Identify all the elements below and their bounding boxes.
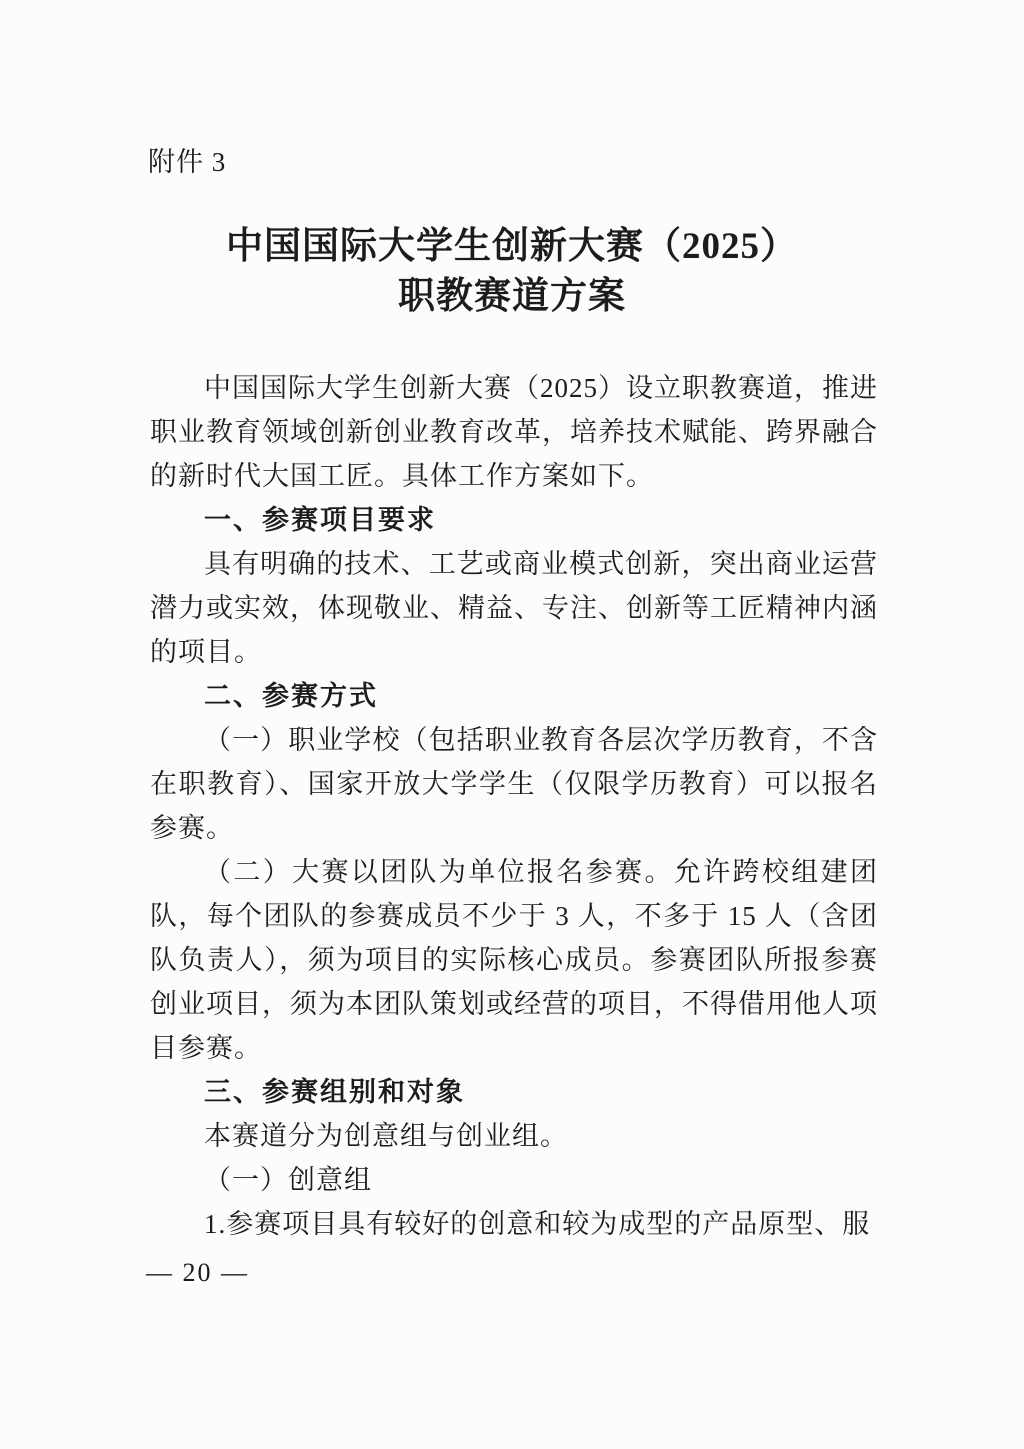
- paragraph-intro: 中国国际大学生创新大赛（2025）设立职教赛道，推进职业教育领域创新创业教育改革…: [150, 366, 878, 498]
- paragraph-groups-overview: 本赛道分为创意组与创业组。: [150, 1114, 878, 1158]
- attachment-label: 附件 3: [148, 140, 226, 179]
- subheading-creative-group: （一）创意组: [150, 1158, 878, 1202]
- document-title: 中国国际大学生创新大赛（2025） 职教赛道方案: [0, 222, 1024, 322]
- section-heading-3: 三、参赛组别和对象: [150, 1070, 878, 1114]
- paragraph-entry-method-2: （二）大赛以团队为单位报名参赛。允许跨校组建团队，每个团队的参赛成员不少于 3 …: [150, 850, 878, 1070]
- section-heading-2: 二、参赛方式: [150, 674, 878, 718]
- title-line-1: 中国国际大学生创新大赛（2025）: [0, 222, 1024, 272]
- paragraph-project-requirements: 具有明确的技术、工艺或商业模式创新，突出商业运营潜力或实效，体现敬业、精益、专注…: [150, 542, 878, 674]
- paragraph-creative-group-item-1: 1.参赛项目具有较好的创意和较为成型的产品原型、服: [150, 1202, 878, 1246]
- document-body: 中国国际大学生创新大赛（2025）设立职教赛道，推进职业教育领域创新创业教育改革…: [150, 366, 878, 1246]
- title-line-2: 职教赛道方案: [0, 272, 1024, 322]
- paragraph-entry-method-1: （一）职业学校（包括职业教育各层次学历教育，不含在职教育）、国家开放大学学生（仅…: [150, 718, 878, 850]
- document-page: 附件 3 中国国际大学生创新大赛（2025） 职教赛道方案 中国国际大学生创新大…: [0, 0, 1024, 1449]
- section-heading-1: 一、参赛项目要求: [150, 498, 878, 542]
- page-number: — 20 —: [146, 1258, 249, 1288]
